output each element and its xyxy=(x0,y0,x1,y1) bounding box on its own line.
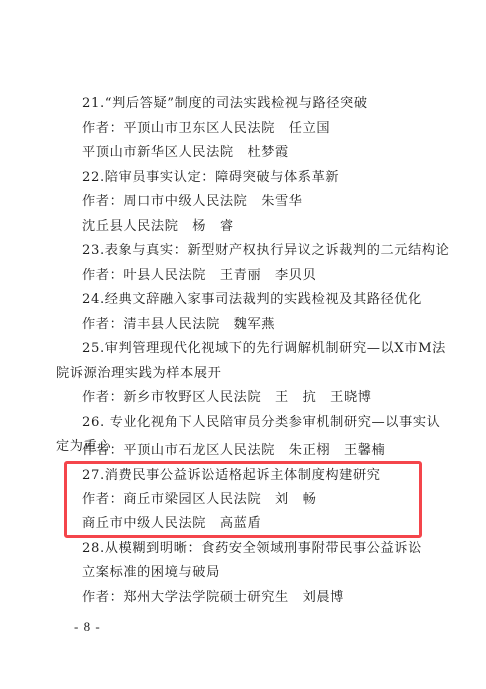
page-number: - 8 - xyxy=(74,619,101,635)
entry-24-author: 作者：清丰县人民法院 魏军燕 xyxy=(82,317,275,333)
entry-23-author: 作者：叶县人民法院 王青丽 李贝贝 xyxy=(82,268,316,284)
entry-27-author-2: 商丘市中级人民法院 高蓝盾 xyxy=(82,516,261,532)
entry-21-author-1: 作者：平顶山市卫东区人民法院 任立国 xyxy=(82,121,330,137)
entry-22-author-2: 沈丘县人民法院 杨 睿 xyxy=(82,219,234,235)
entry-24-title: 24.经典文辞融入家事司法裁判的实践检视及其路径优化 xyxy=(82,292,422,308)
entry-21-author-2: 平顶山市新华区人民法院 杜梦霞 xyxy=(82,145,289,161)
entry-25-title-cont: 院诉源治理实践为样本展开 xyxy=(56,366,221,382)
entry-28-author: 作者：郑州大学法学院硕士研究生 刘晨博 xyxy=(82,590,344,606)
entry-21-title: 21.“判后答疑”制度的司法实践检视与路径突破 xyxy=(82,96,368,112)
entry-26-title: 26. 专业化视角下人民陪审员分类参审机制研究—以事实认 xyxy=(82,415,440,431)
document-page: 21.“判后答疑”制度的司法实践检视与路径突破 作者：平顶山市卫东区人民法院 任… xyxy=(0,0,486,689)
entry-28-title: 28.从模糊到明晰：食药安全领域刑事附带民事公益诉讼 xyxy=(82,541,422,557)
entry-28-title-cont: 立案标准的困境与破局 xyxy=(82,565,220,581)
entry-27-author-1: 作者：商丘市梁园区人民法院 刘 畅 xyxy=(82,492,316,508)
entry-27-title: 27.消费民事公益诉讼适格起诉主体制度构建研究 xyxy=(82,468,381,484)
entry-23-title: 23.表象与真实：新型财产权执行异议之诉裁判的二元结构论 xyxy=(82,243,449,259)
entry-22-author-1: 作者：周口市中级人民法院 朱雪华 xyxy=(82,194,303,210)
entry-26-author: 作者：平顶山市石龙区人民法院 朱正栩 王馨楠 xyxy=(82,443,385,459)
entry-25-title: 25.审判管理现代化视域下的先行调解机制研究—以X市M法 xyxy=(82,341,446,357)
entry-25-author: 作者：新乡市牧野区人民法院 王 抗 王晓博 xyxy=(82,390,372,406)
entry-22-title: 22.陪审员事实认定：障碍突破与体系革新 xyxy=(82,170,339,186)
